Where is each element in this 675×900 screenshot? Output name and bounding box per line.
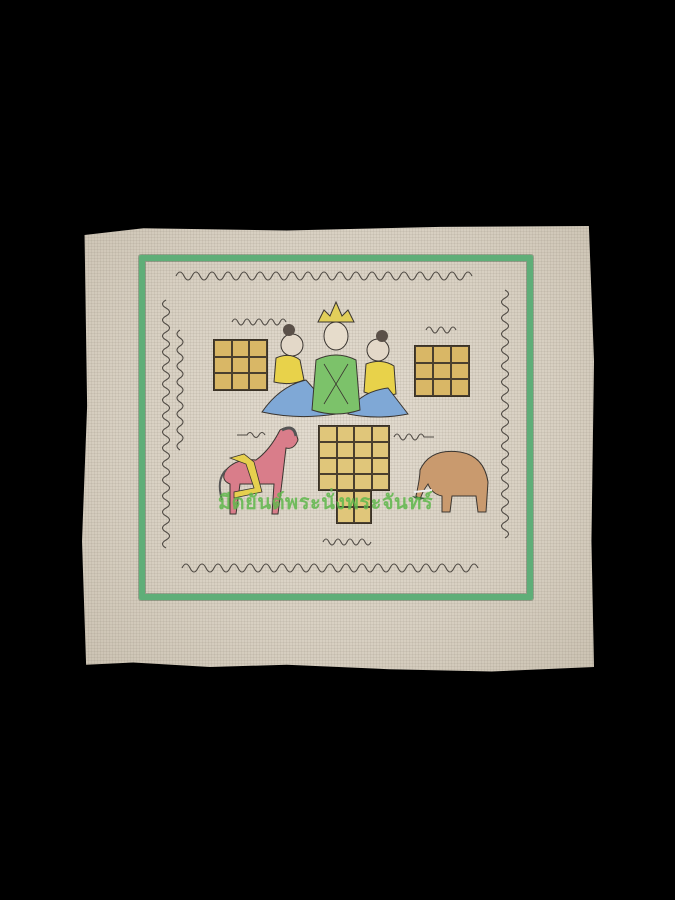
illustration-layer	[0, 0, 675, 900]
crowned-figure	[312, 302, 360, 414]
watermark-text: มีดยันต์พระนั่งพระจันทร์	[218, 486, 468, 518]
